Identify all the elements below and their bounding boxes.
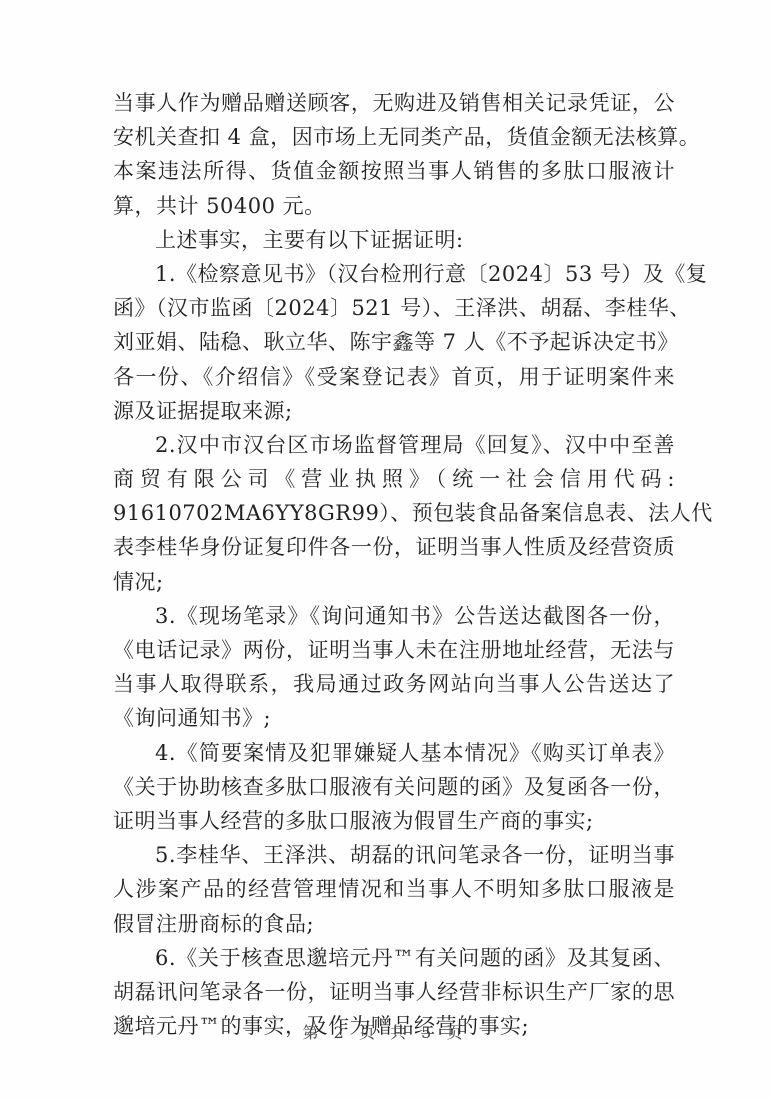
text-line: 《询问通知书》;: [113, 701, 675, 735]
text-line: 商贸有限公司《营业执照》（统一社会信用代码:: [113, 462, 675, 496]
text-line: 当事人作为赠品赠送顾客，无购进及销售相关记录凭证，公: [113, 86, 675, 120]
text-line: 刘亚娟、陆稳、耿立华、陈宇鑫等 7 人《不予起诉决定书》: [113, 325, 675, 359]
text-line: 4.《简要案情及犯罪嫌疑人基本情况》《购买订单表》: [113, 736, 675, 770]
text-line: 假冒注册商标的食品;: [113, 907, 675, 941]
text-line: 安机关查扣 4 盒，因市场上无同类产品，货值金额无法核算。: [113, 120, 675, 154]
page-number-footer: 第 2 页 共 5 页: [0, 1020, 770, 1043]
text-line: 当事人取得联系，我局通过政务网站向当事人公告送达了: [113, 667, 675, 701]
text-line: 《电话记录》两份，证明当事人未在注册地址经营，无法与: [113, 633, 675, 667]
document-page: 当事人作为赠品赠送顾客，无购进及销售相关记录凭证，公安机关查扣 4 盒，因市场上…: [0, 0, 770, 1099]
text-line: 《关于协助核查多肽口服液有关问题的函》及复函各一份，: [113, 770, 675, 804]
text-line: 人涉案产品的经营管理情况和当事人不明知多肽口服液是: [113, 872, 675, 906]
text-line: 91610702MA6YY8GR99）、预包装食品备案信息表、法人代: [113, 496, 675, 530]
text-line: 函》（汉市监函〔2024〕521 号）、王泽洪、胡磊、李桂华、: [113, 291, 675, 325]
document-body: 当事人作为赠品赠送顾客，无购进及销售相关记录凭证，公安机关查扣 4 盒，因市场上…: [113, 86, 675, 1043]
text-line: 表李桂华身份证复印件各一份，证明当事人性质及经营资质: [113, 530, 675, 564]
text-line: 源及证据提取来源;: [113, 394, 675, 428]
text-line: 3.《现场笔录》《询问通知书》公告送达截图各一份，: [113, 599, 675, 633]
text-line: 1.《检察意见书》（汉台检刑行意〔2024〕53 号）及《复: [113, 257, 675, 291]
text-line: 证明当事人经营的多肽口服液为假冒生产商的事实;: [113, 804, 675, 838]
text-line: 情况;: [113, 565, 675, 599]
text-line: 算，共计 50400 元。: [113, 189, 675, 223]
text-line: 6.《关于核查思邈培元丹™有关问题的函》及其复函、: [113, 941, 675, 975]
text-line: 上述事实，主要有以下证据证明:: [113, 223, 675, 257]
text-line: 本案违法所得、货值金额按照当事人销售的多肽口服液计: [113, 154, 675, 188]
text-line: 5.李桂华、王泽洪、胡磊的讯问笔录各一份，证明当事: [113, 838, 675, 872]
text-line: 2.汉中市汉台区市场监督管理局《回复》、汉中中至善: [113, 428, 675, 462]
text-line: 胡磊讯问笔录各一份，证明当事人经营非标识生产厂家的思: [113, 975, 675, 1009]
text-line: 各一份、《介绍信》《受案登记表》首页，用于证明案件来: [113, 360, 675, 394]
